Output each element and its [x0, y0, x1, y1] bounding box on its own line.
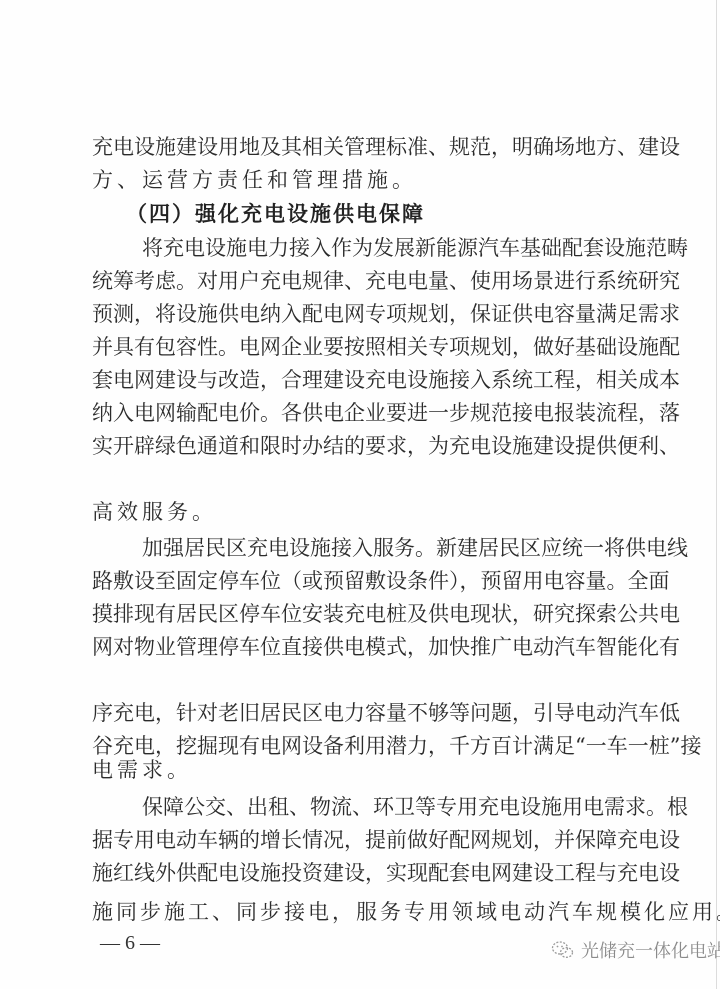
page-number: — 6 —	[100, 932, 160, 955]
section-heading: （四）强化充电设施供电保障	[126, 199, 425, 229]
text-line: 高效服务。	[92, 497, 618, 527]
text-line: 纳入电网输配电价。各供电企业要进一步规范接电报装流程，落	[92, 398, 618, 428]
text-line: 路敷设至固定停车位（或预留敷设条件），预留用电容量。全面	[92, 566, 618, 596]
text-line: 方、运营方责任和管理措施。	[92, 165, 618, 195]
text-line: 将充电设施电力接入作为发展新能源汽车基础配套设施范畴	[142, 233, 618, 263]
text-line: 充电设施建设用地及其相关管理标准、规范，明确场地方、建设	[92, 132, 618, 162]
text-line: 保障公交、出租、物流、环卫等专用充电设施用电需求。根	[142, 792, 618, 822]
text-line: 预测，将设施供电纳入配电网专项规划，保证供电容量满足需求	[92, 299, 618, 329]
source-watermark: 光储充一体化电站	[551, 938, 720, 962]
text-line: 加强居民区充电设施接入服务。新建居民区应统一将供电线	[142, 533, 618, 563]
text-line: 电需求。	[92, 755, 618, 785]
document-page: 充电设施建设用地及其相关管理标准、规范，明确场地方、建设 方、运营方责任和管理措…	[0, 0, 720, 989]
text-line: 网对物业管理停车位直接供电模式，加快推广电动汽车智能化有	[92, 632, 618, 662]
text-line: 据专用电动车辆的增长情况，提前做好配网规划，并保障充电设	[92, 825, 618, 855]
text-line: 序充电，针对老旧居民区电力容量不够等问题，引导电动汽车低	[92, 698, 618, 728]
text-line: 并具有包容性。电网企业要按照相关专项规划，做好基础设施配	[92, 332, 618, 362]
text-line: 统筹考虑。对用户充电规律、充电电量、使用场景进行系统研究	[92, 266, 618, 296]
text-line: 施同步施工、同步接电，服务专用领域电动汽车规模化应用。	[92, 897, 618, 927]
watermark-label: 光储充一体化电站	[581, 937, 720, 963]
text-line: 施红线外供配电设施投资建设，实现配套电网建设工程与充电设	[92, 858, 618, 888]
text-line: 摸排现有居民区停车位安装充电桩及供电现状，研究探索公共电	[92, 599, 618, 629]
text-line: 套电网建设与改造，合理建设充电设施接入系统工程，相关成本	[92, 365, 618, 395]
text-line: 实开辟绿色通道和限时办结的要求，为充电设施建设提供便利、	[92, 431, 618, 461]
page-edge-divider	[716, 0, 717, 989]
wechat-icon	[551, 940, 575, 960]
